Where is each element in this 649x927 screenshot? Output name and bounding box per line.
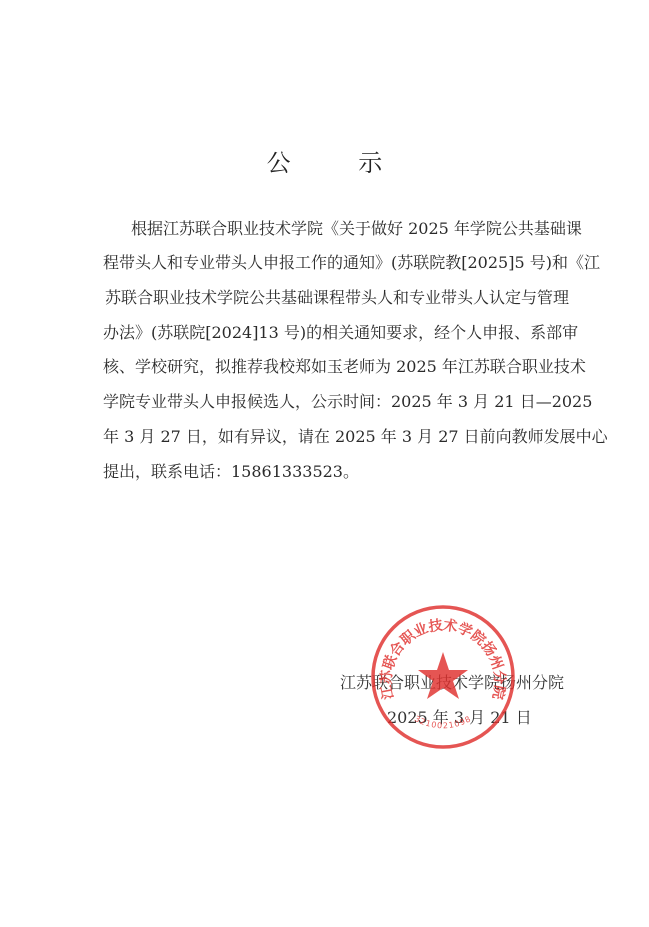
- body-line-1: 根据江苏联合职业技术学院《关于做好 2025 年学院公共基础课: [131, 219, 582, 239]
- body-line-3: 苏联合职业技术学院公共基础课程带头人和专业带头人认定与管理: [105, 288, 569, 308]
- body-line-2: 程带头人和专业带头人申报工作的通知》(苏联院教[2025]5 号)和《江: [103, 253, 600, 273]
- page-title: 公 示: [0, 143, 649, 178]
- svg-text:3210021098: 3210021098: [413, 714, 473, 730]
- body-line-8: 提出，联系电话：15861333523。: [103, 462, 359, 482]
- body-line-6: 学院专业带头人申报候选人，公示时间：2025 年 3 月 21 日—2025: [103, 392, 592, 412]
- seal-icon: 江苏联合职业技术学院扬州分院 3210021098: [370, 604, 516, 750]
- seal-code: 3210021098: [413, 714, 473, 730]
- body-line-7: 年 3 月 27 日，如有异议，请在 2025 年 3 月 27 日前向教师发展…: [103, 427, 608, 447]
- official-seal: 江苏联合职业技术学院扬州分院 3210021098: [370, 604, 516, 750]
- body-line-4: 办法》(苏联院[2024]13 号)的相关通知要求，经个人申报、系部审: [103, 323, 578, 343]
- body-line-5: 核、学校研究，拟推荐我校郑如玉老师为 2025 年江苏联合职业技术: [103, 357, 586, 377]
